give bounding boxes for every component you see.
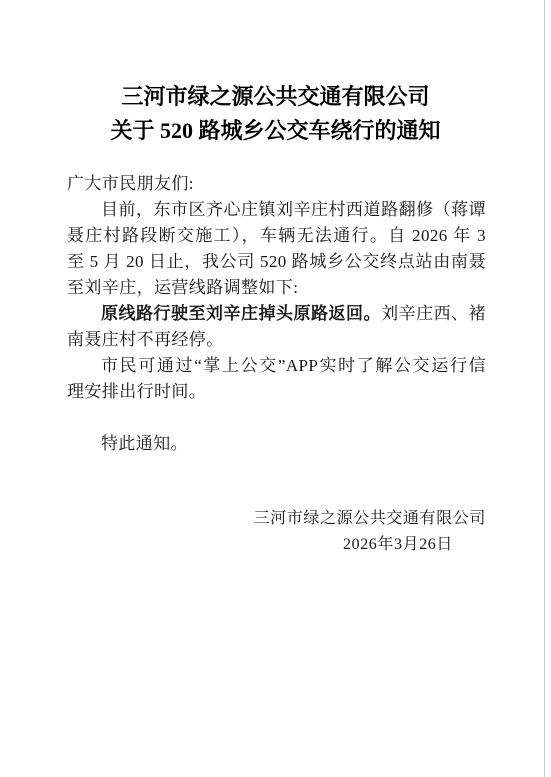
body-line: 理安排出行时间。 bbox=[67, 379, 486, 405]
text-segment: 至刘辛庄，运营线路调整如下: bbox=[67, 278, 298, 297]
text-segment: 聂庄村路段断交施工），车辆无法通行。自 2026 年 3 月 27 日 bbox=[67, 226, 486, 249]
text-segment: 南聂庄村不再经停。 bbox=[67, 330, 224, 349]
document-title: 三河市绿之源公共交通有限公司 关于 520 路城乡公交车绕行的通知 bbox=[0, 80, 551, 148]
text-segment-bold: 原线路行驶至刘辛庄掉头原路返回。 bbox=[101, 304, 381, 323]
signature-date: 2026年3月26日 bbox=[254, 532, 486, 558]
body-line: 市民可通过“掌上公交”APP实时了解公交运行信息，合 bbox=[67, 353, 486, 379]
signature-block: 三河市绿之源公共交通有限公司 2026年3月26日 bbox=[254, 506, 486, 558]
text-segment: 市民可通过“掌上公交”APP实时了解公交运行信息，合 bbox=[67, 356, 486, 379]
blank-line bbox=[67, 405, 486, 431]
body-line: 特此通知。 bbox=[67, 431, 486, 457]
text-segment: 特此通知。 bbox=[101, 434, 188, 453]
body-line: 原线路行驶至刘辛庄掉头原路返回。刘辛庄西、褚家窑村、 bbox=[67, 301, 486, 327]
text-segment: 理安排出行时间。 bbox=[67, 382, 206, 401]
body-line: 目前，东市区齐心庄镇刘辛庄村西道路翻修（蒋谭线至南 bbox=[67, 197, 486, 223]
body-line: 广大市民朋友们: bbox=[67, 171, 486, 197]
text-segment: 广大市民朋友们: bbox=[67, 174, 194, 193]
body-line: 聂庄村路段断交施工），车辆无法通行。自 2026 年 3 月 27 日 bbox=[67, 223, 486, 249]
signature-company: 三河市绿之源公共交通有限公司 bbox=[254, 506, 486, 532]
body-line: 南聂庄村不再经停。 bbox=[67, 327, 486, 353]
text-segment: 至 5 月 20 日止，我公司 520 路城乡公交终点站由南聂庄村调整 bbox=[67, 252, 486, 275]
title-line-1: 三河市绿之源公共交通有限公司 bbox=[0, 80, 551, 114]
title-line-2: 关于 520 路城乡公交车绕行的通知 bbox=[0, 114, 551, 148]
body-line: 至刘辛庄，运营线路调整如下: bbox=[67, 275, 486, 301]
document-page: 三河市绿之源公共交通有限公司 关于 520 路城乡公交车绕行的通知 广大市民朋友… bbox=[0, 0, 551, 777]
document-body: 广大市民朋友们:目前，东市区齐心庄镇刘辛庄村西道路翻修（蒋谭线至南聂庄村路段断交… bbox=[67, 171, 486, 457]
body-line: 至 5 月 20 日止，我公司 520 路城乡公交终点站由南聂庄村调整 bbox=[67, 249, 486, 275]
text-segment: 目前，东市区齐心庄镇刘辛庄村西道路翻修（蒋谭线至南 bbox=[67, 200, 486, 223]
